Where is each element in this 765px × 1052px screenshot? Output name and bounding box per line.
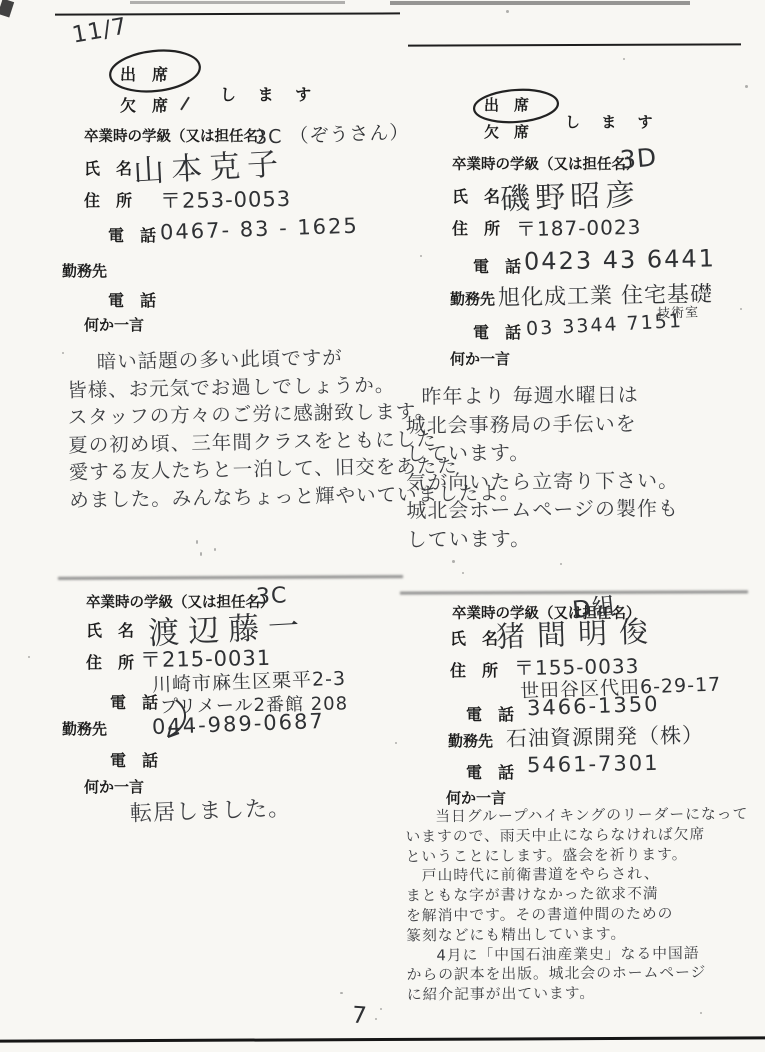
phone-label: 電 話 <box>108 223 156 246</box>
address-label: 住 所 <box>86 650 134 673</box>
phone-value-handwritten: 3466-1350 <box>527 692 660 721</box>
name-label: 氏 名 <box>84 156 132 179</box>
phone-value-handwritten: 044-989-0687 <box>152 709 325 739</box>
phone-label: 電 話 <box>473 254 521 277</box>
comment-handwritten: 転居しました。 <box>130 791 292 828</box>
scan-smudge <box>0 0 14 17</box>
scan-speck <box>375 1018 377 1020</box>
absent-option: 欠 席 <box>484 121 529 142</box>
comment-line: 気が向いたら立寄り下さい。 <box>406 465 754 497</box>
address-label: 住 所 <box>450 658 498 681</box>
comment-line: しています。 <box>407 522 755 554</box>
date-note: 11/7 <box>70 13 129 48</box>
address-value-handwritten: 〒253-0053 <box>160 183 292 215</box>
work-label: 勤務先 <box>62 718 107 739</box>
page-number: 7 <box>351 1002 368 1029</box>
work-phone-label: 電 話 <box>466 760 514 783</box>
phone-label: 電 話 <box>466 702 514 725</box>
comment-line: 城北会ホームページの製作も <box>406 493 754 525</box>
comment-label: 何か一言 <box>450 348 510 369</box>
comment-handwritten: 暗い話題の多い此頃ですが 皆様、お元気でお過しでしょうか。 スタッフの方々のご労… <box>67 343 408 514</box>
work-label: 勤務先 <box>450 288 495 309</box>
phone-value-handwritten: 0423 43 6441 <box>524 244 716 275</box>
scan-speck <box>214 548 216 551</box>
address-label: 住 所 <box>84 188 132 211</box>
comment-handwritten: 当日グループハイキングのリーダーになって いますので、雨天中止にならなければ欠席… <box>405 804 761 1005</box>
address-label: 住 所 <box>452 216 500 239</box>
form-top-border <box>408 43 741 46</box>
comment-line: に紹介記事が出ています。 <box>407 983 761 1006</box>
comment-line: めました。みんなちょっと輝やいていましたよ。 <box>69 481 407 514</box>
work-phone-label: 電 話 <box>473 320 521 343</box>
comment-line: 昨年より 毎週水曜日は <box>405 379 753 411</box>
comment-label: 何か一言 <box>84 776 144 797</box>
scan-speck <box>28 656 30 658</box>
scan-speck <box>740 308 742 310</box>
scan-speck <box>623 58 625 60</box>
name-label: 氏 名 <box>452 184 500 207</box>
comment-line: 城北会事務局の手伝いを <box>406 408 754 440</box>
work-phone-value-handwritten: 5461-7301 <box>527 751 660 777</box>
comment-label: 何か一言 <box>446 787 506 808</box>
scan-speck <box>196 540 198 544</box>
absent-option: 欠 席 <box>120 93 168 116</box>
comment-line: 当日グループハイキングのリーダーになって <box>405 804 759 827</box>
attend-option: 出 席 <box>484 94 529 115</box>
form-top-border <box>55 12 400 15</box>
comment-handwritten: 昨年より 毎週水曜日は 城北会事務局の手伝いを しています。 気が向いたら立寄り… <box>405 379 754 553</box>
scan-speck <box>700 1012 702 1014</box>
comment-label: 何か一言 <box>84 314 144 335</box>
scanned-reply-page: 11/7 出 席 欠 席 し ま す 卒業時の学級（又は担任名） 3C （ぞうさ… <box>0 0 765 1052</box>
page-bottom-border <box>0 1036 765 1042</box>
shimasu-label: し ま す <box>220 82 319 105</box>
scan-speck <box>395 742 397 744</box>
name-label: 氏 名 <box>450 626 498 649</box>
work-label: 勤務先 <box>62 260 107 281</box>
shimasu-label: し ま す <box>565 111 660 132</box>
address-value-handwritten: 〒187-0023 <box>516 211 642 242</box>
scan-speck <box>380 1008 382 1010</box>
name-label: 氏 名 <box>86 618 134 641</box>
phone-value-handwritten: 0467- 83 - 1625 <box>160 214 360 245</box>
scan-speck <box>420 255 422 257</box>
scan-speck <box>452 560 455 563</box>
pen-mark <box>180 97 190 111</box>
work-value-handwritten: 石油資源開発（株） <box>506 719 704 752</box>
work-phone-label: 電 話 <box>110 748 158 771</box>
scan-speck <box>745 85 748 88</box>
work-phone-label: 電 話 <box>108 288 156 311</box>
scan-speck <box>506 10 509 13</box>
work-phone-value-handwritten: 03 3344 7151 <box>526 310 684 340</box>
scan-speck <box>462 572 464 574</box>
scan-speck <box>200 552 202 556</box>
form-divider <box>58 575 403 580</box>
name-value-handwritten: 猪間明俊 <box>495 609 660 656</box>
scan-speck <box>340 992 343 994</box>
scan-smudge <box>390 1 690 5</box>
comment-line: しています。 <box>406 436 754 468</box>
work-label: 勤務先 <box>448 730 493 751</box>
scan-speck <box>560 563 562 565</box>
scan-speck <box>62 352 64 354</box>
scan-smudge <box>130 1 345 4</box>
attend-option: 出 席 <box>120 62 168 85</box>
